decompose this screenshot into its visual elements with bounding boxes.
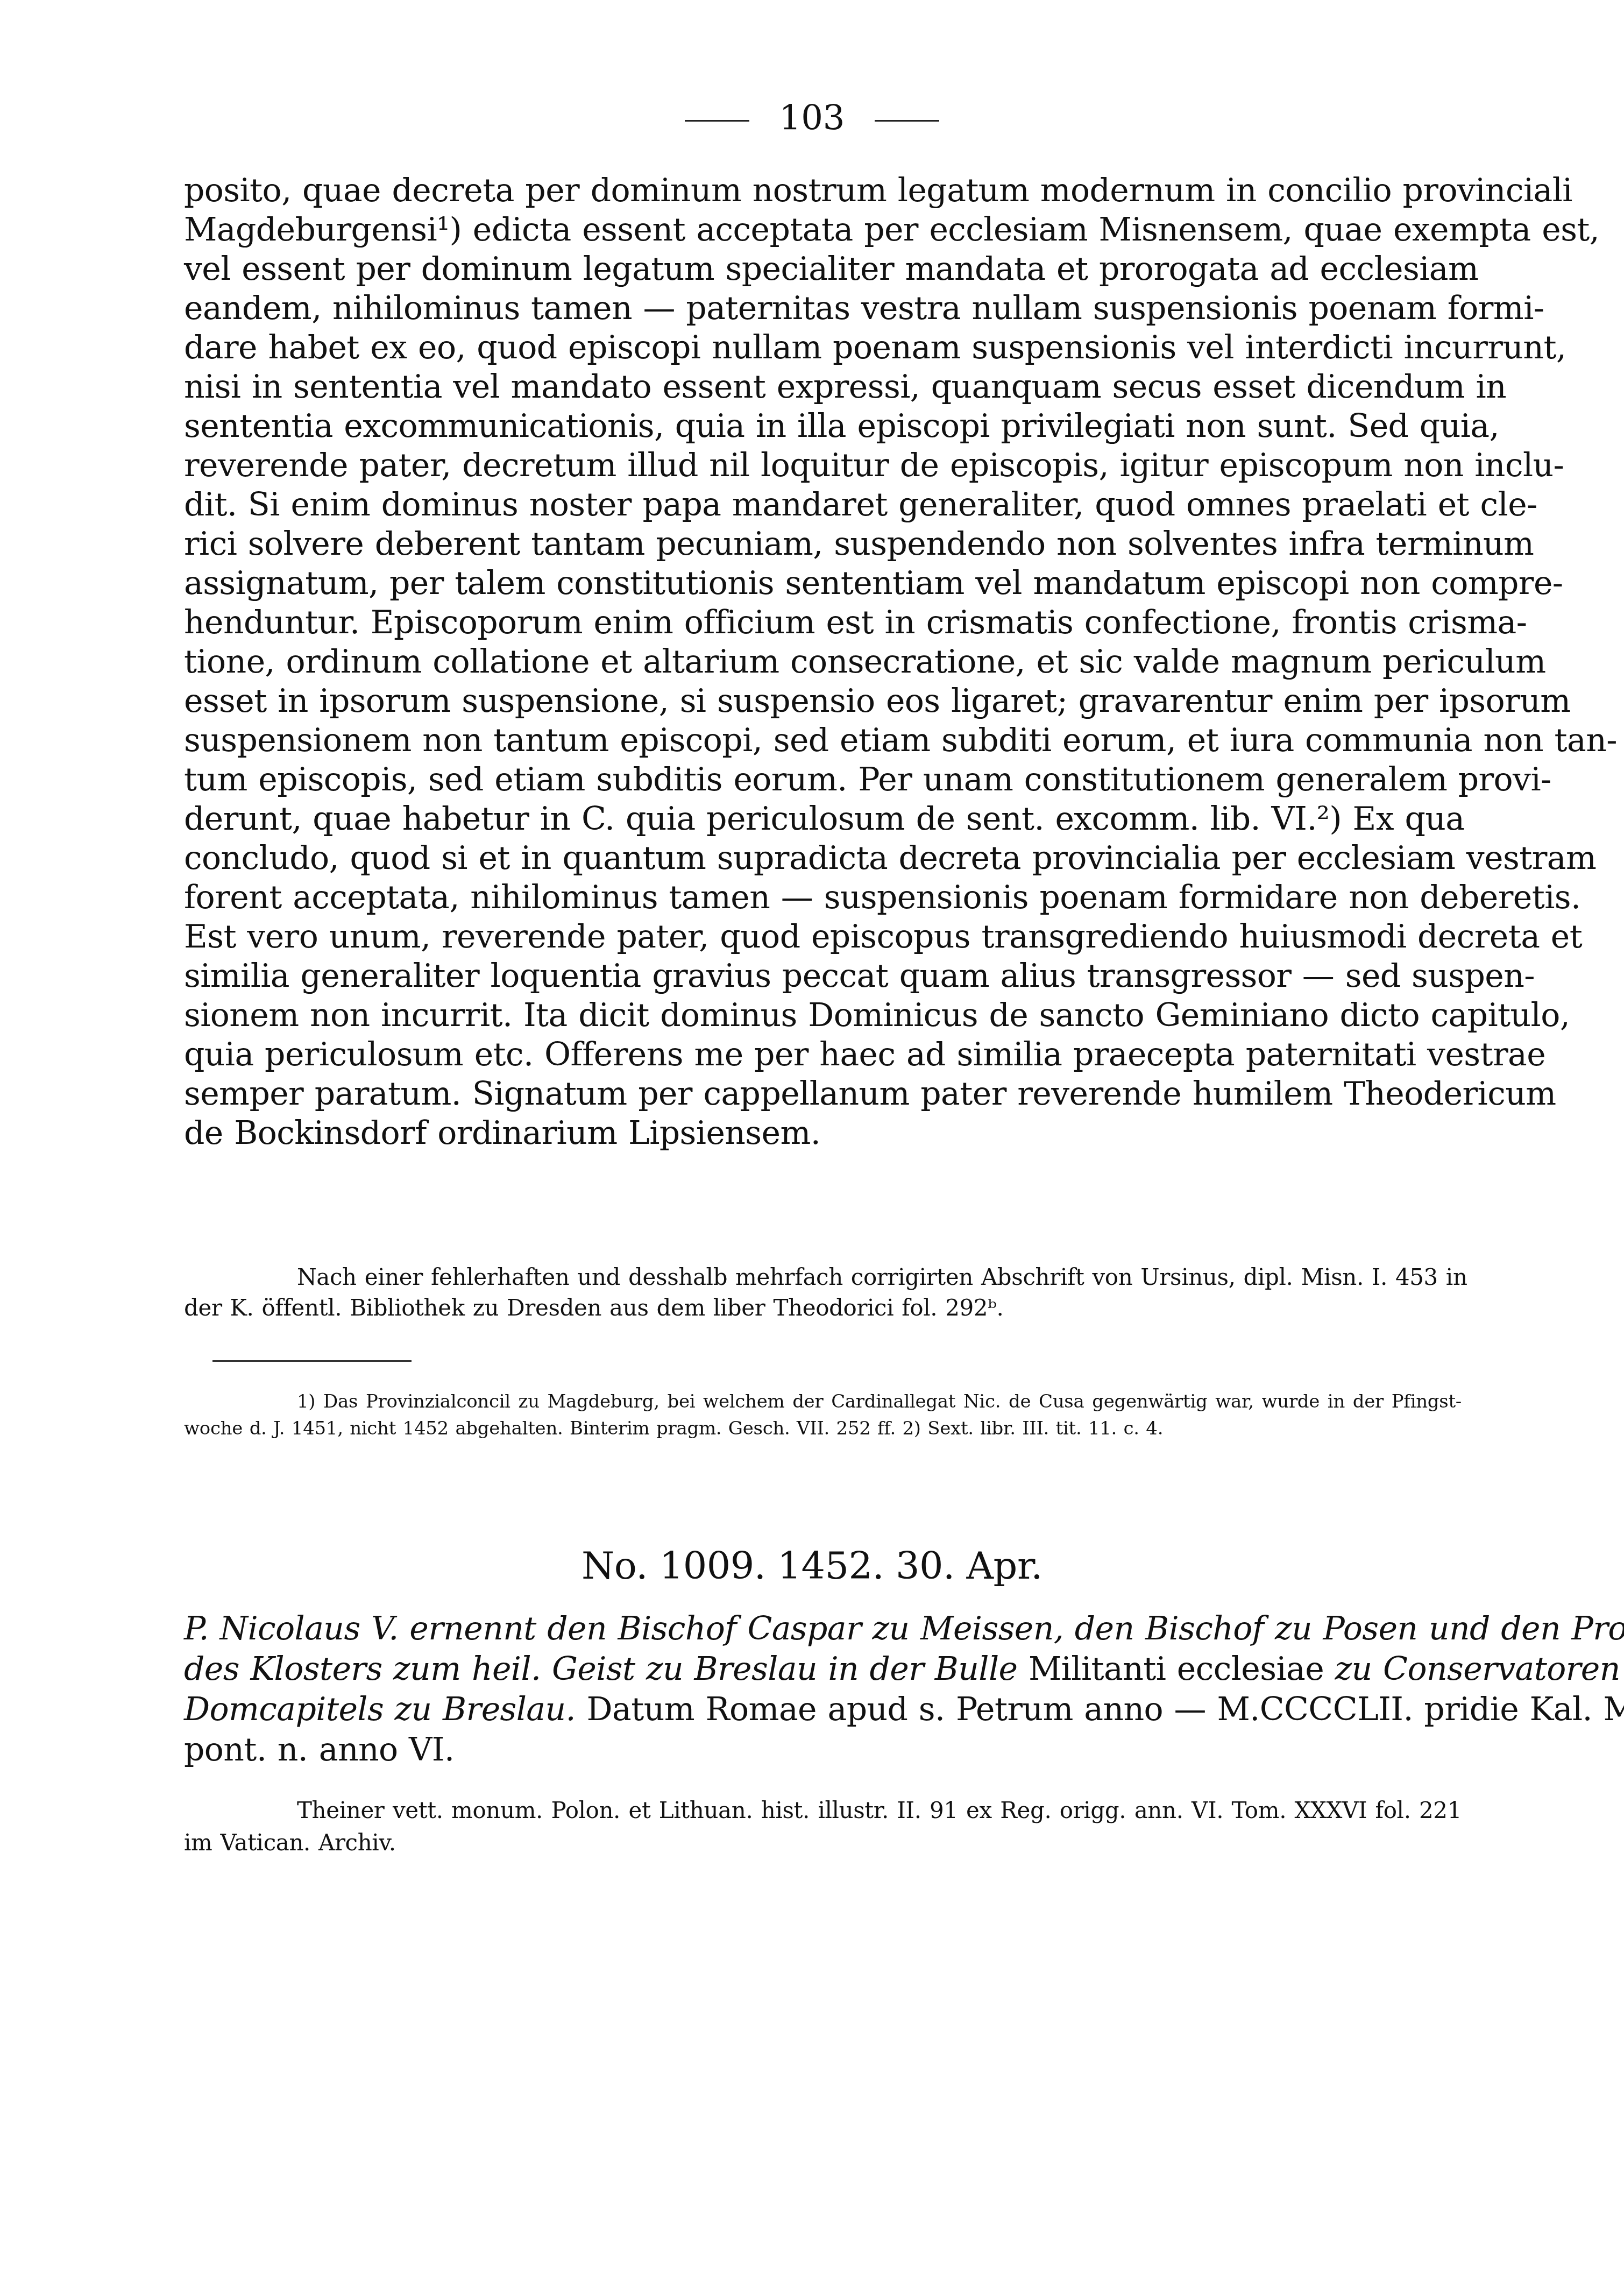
text-line: henduntur. Episcoporum enim officium est… xyxy=(184,603,1462,642)
regest-line: Domcapitels zu Breslau. Datum Romae apud… xyxy=(184,1689,1462,1730)
source-note-line: der K. öffentl. Bibliothek zu Dresden au… xyxy=(184,1292,1462,1323)
regest-italic: Domcapitels zu Breslau. xyxy=(184,1691,587,1728)
archive-source-line: Theiner vett. monum. Polon. et Lithuan. … xyxy=(184,1794,1462,1827)
text-line: similia generaliter loquentia gravius pe… xyxy=(184,957,1462,996)
text-line: reverende pater, decretum illud nil loqu… xyxy=(184,446,1462,485)
text-line: de Bockinsdorf ordinarium Lipsiensem. xyxy=(184,1114,1462,1153)
text-line: derunt, quae habetur in C. quia periculo… xyxy=(184,800,1462,839)
archive-source-line: im Vatican. Archiv. xyxy=(184,1827,1462,1859)
source-note-line: Nach einer fehlerhaften und desshalb meh… xyxy=(184,1262,1462,1292)
text-line: posito, quae decreta per dominum nostrum… xyxy=(184,171,1462,210)
text-line: eandem, nihilominus tamen — paternitas v… xyxy=(184,289,1462,328)
text-line: nisi in sententia vel mandato essent exp… xyxy=(184,367,1462,407)
text-line: semper paratum. Signatum per cappellanum… xyxy=(184,1074,1462,1114)
letter-body-text: posito, quae decreta per dominum nostrum… xyxy=(184,171,1462,1153)
dating-clause: Datum Romae apud s. Petrum anno — M.CCCC… xyxy=(587,1691,1624,1728)
text-line: dare habet ex eo, quod episcopi nullam p… xyxy=(184,328,1462,367)
text-line: concludo, quod si et in quantum supradic… xyxy=(184,839,1462,878)
page-number: 103 xyxy=(779,98,845,138)
text-line: vel essent per dominum legatum specialit… xyxy=(184,250,1462,289)
document-heading: No. 1009. 1452. 30. Apr. xyxy=(0,1541,1624,1590)
text-line: quia periculosum etc. Offerens me per ha… xyxy=(184,1035,1462,1074)
text-line: sententia excommunicationis, quia in ill… xyxy=(184,407,1462,446)
text-line: tione, ordinum collatione et altarium co… xyxy=(184,642,1462,682)
text-line: dit. Si enim dominus noster papa mandare… xyxy=(184,485,1462,525)
text-line: rici solvere deberent tantam pecuniam, s… xyxy=(184,525,1462,564)
regest-italic: zu Conservatoren des xyxy=(1335,1650,1624,1688)
header-dash-right xyxy=(875,120,939,122)
text-line: forent acceptata, nihilominus tamen — su… xyxy=(184,878,1462,917)
text-line: Magdeburgensi¹) edicta essent acceptata … xyxy=(184,210,1462,250)
footnote-divider xyxy=(212,1360,412,1362)
text-line: esset in ipsorum suspensione, si suspens… xyxy=(184,682,1462,721)
source-note: Nach einer fehlerhaften und desshalb meh… xyxy=(184,1262,1462,1323)
page-header: 103 xyxy=(0,94,1624,143)
text-line: sionem non incurrit. Ita dicit dominus D… xyxy=(184,996,1462,1035)
text-line: tum episcopis, sed etiam subditis eorum.… xyxy=(184,760,1462,800)
regest-italic: des Klosters zum heil. Geist zu Breslau … xyxy=(184,1650,1029,1688)
footnote-line: 1) Das Provinzialconcil zu Magdeburg, be… xyxy=(184,1388,1462,1415)
text-line: Est vero unum, reverende pater, quod epi… xyxy=(184,917,1462,957)
footnotes: 1) Das Provinzialconcil zu Magdeburg, be… xyxy=(184,1388,1462,1442)
text-line: suspensionem non tantum episcopi, sed et… xyxy=(184,721,1462,760)
header-dash-left xyxy=(685,120,749,122)
regest-line: pont. n. anno VI. xyxy=(184,1730,1462,1770)
archive-source: Theiner vett. monum. Polon. et Lithuan. … xyxy=(184,1794,1462,1859)
regest-line: P. Nicolaus V. ernennt den Bischof Caspa… xyxy=(184,1609,1462,1649)
regest-summary: P. Nicolaus V. ernennt den Bischof Caspa… xyxy=(184,1609,1462,1770)
text-line: assignatum, per talem constitutionis sen… xyxy=(184,564,1462,603)
footnote-line: woche d. J. 1451, nicht 1452 abgehalten.… xyxy=(184,1415,1462,1442)
regest-line: des Klosters zum heil. Geist zu Breslau … xyxy=(184,1649,1462,1689)
bull-title: Militanti ecclesiae xyxy=(1029,1650,1335,1688)
